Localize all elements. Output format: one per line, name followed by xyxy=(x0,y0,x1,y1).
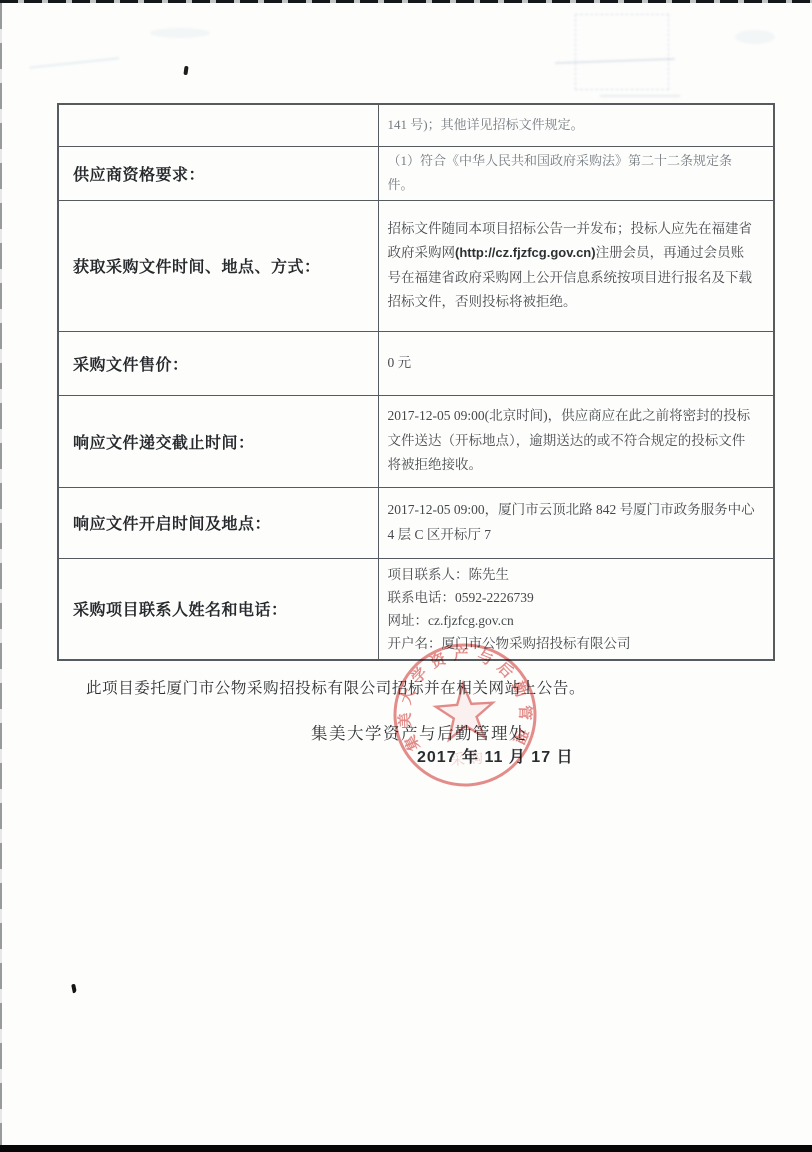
row-content: （1）符合《中华人民共和国政府采购法》第二十二条规定条件。 xyxy=(378,146,774,200)
procurement-notice-table: 141 号)；其他详见招标文件规定。 供应商资格要求： （1）符合《中华人民共和… xyxy=(57,103,775,661)
row-label: 获取采购文件时间、地点、方式： xyxy=(58,200,378,331)
scan-edge-left xyxy=(0,3,2,1145)
contact-person-line: 项目联系人：陈先生 xyxy=(388,563,758,586)
contact-phone-line: 联系电话：0592-2226739 xyxy=(388,586,758,609)
scan-edge-top xyxy=(0,0,812,3)
star-icon xyxy=(434,682,495,740)
table-row: 供应商资格要求： （1）符合《中华人民共和国政府采购法》第二十二条规定条件。 xyxy=(58,146,774,200)
scan-smudge xyxy=(150,28,210,38)
contact-website-line: 网址：cz.fjzfcg.gov.cn xyxy=(388,609,758,632)
table-row: 采购文件售价： 0 元 xyxy=(58,331,774,395)
row-label: 采购文件售价： xyxy=(58,331,378,395)
bleed-through-ghost xyxy=(600,95,680,97)
row-content: 0 元 xyxy=(378,331,774,395)
scan-smudge xyxy=(735,30,775,44)
row-label: 响应文件开启时间及地点： xyxy=(58,487,378,558)
row-label: 供应商资格要求： xyxy=(58,146,378,200)
ink-speck xyxy=(71,984,77,994)
official-seal-stamp: 集美大学资产与后勤管理处 采购 xyxy=(385,635,545,795)
table-row: 141 号)；其他详见招标文件规定。 xyxy=(58,104,774,146)
row-content: 2017-12-05 09:00(北京时间)，供应商应在此之前将密封的投标文件送… xyxy=(378,395,774,487)
bleed-through-ghost xyxy=(575,14,669,90)
procurement-site-url: (http://cz.fjzfcg.gov.cn) xyxy=(455,245,596,260)
ink-speck xyxy=(183,66,188,75)
scanned-document-page: 141 号)；其他详见招标文件规定。 供应商资格要求： （1）符合《中华人民共和… xyxy=(0,0,812,1152)
row-label: 采购项目联系人姓名和电话： xyxy=(58,558,378,660)
row-content: 2017-12-05 09:00，厦门市云顶北路 842 号厦门市政务服务中心 … xyxy=(378,487,774,558)
table-row: 响应文件开启时间及地点： 2017-12-05 09:00，厦门市云顶北路 84… xyxy=(58,487,774,558)
table-row: 响应文件递交截止时间： 2017-12-05 09:00(北京时间)，供应商应在… xyxy=(58,395,774,487)
scan-smudge xyxy=(27,31,119,68)
row-label xyxy=(58,104,378,146)
table-row: 获取采购文件时间、地点、方式： 招标文件随同本项目招标公告一并发布；投标人应先在… xyxy=(58,200,774,331)
row-content: 招标文件随同本项目招标公告一并发布；投标人应先在福建省政府采购网(http://… xyxy=(378,200,774,331)
row-label: 响应文件递交截止时间： xyxy=(58,395,378,487)
scan-edge-bottom xyxy=(0,1145,812,1152)
row-content: 141 号)；其他详见招标文件规定。 xyxy=(378,104,774,146)
seal-inner-mark: 采购 xyxy=(450,750,487,769)
